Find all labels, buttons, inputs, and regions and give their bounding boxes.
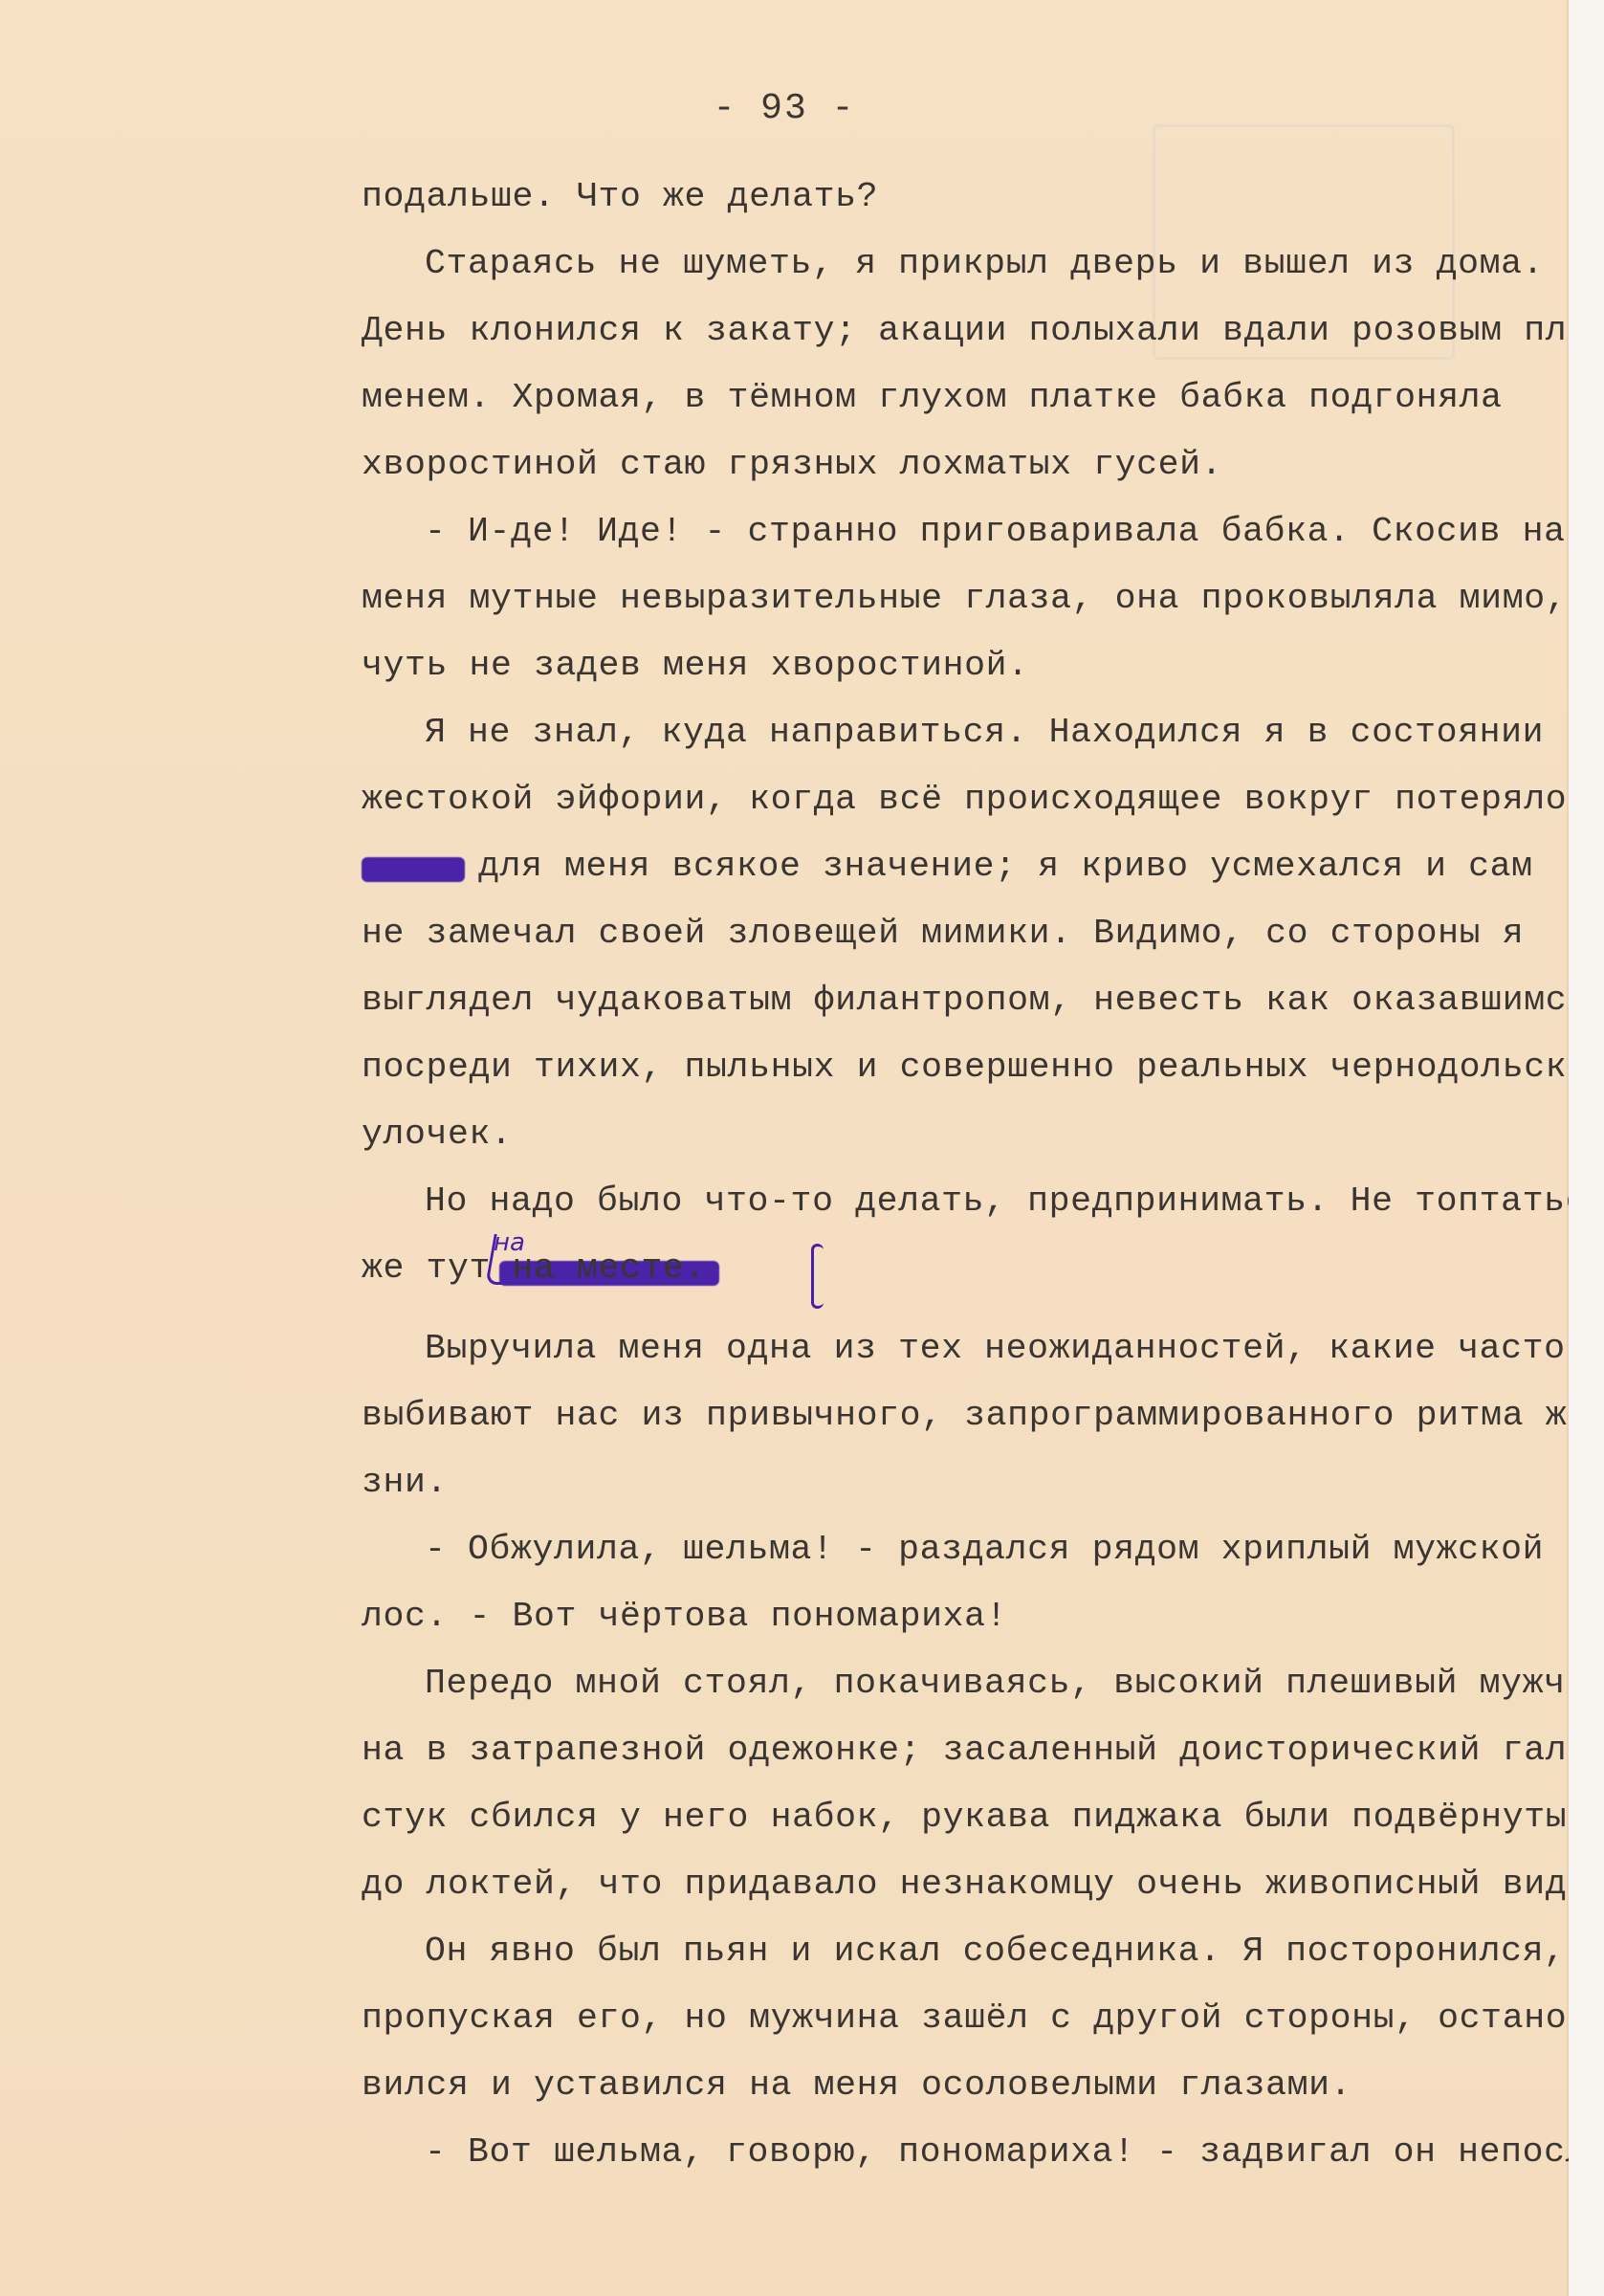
text-line: Но надо было что-то делать, предпринимат… — [425, 1181, 1604, 1223]
text-line: лос. - Вот чёртова пономариха! — [362, 1596, 1007, 1638]
text-line: День клонился к закату; акации полыхали … — [362, 310, 1604, 352]
text-line: Выручила меня одна из тех неожиданностей… — [425, 1328, 1566, 1370]
text-line: хворостиной стаю грязных лохматых гусей. — [362, 444, 1222, 486]
text-line: не замечал своей зловещей мимики. Видимо… — [362, 913, 1524, 955]
text-line: для меня всякое значение; я криво усмеха… — [478, 846, 1533, 888]
text-line: Стараясь не шуметь, я прикрыл дверь и вы… — [425, 243, 1544, 285]
text-line: пропуская его, но мужчина зашёл с другой… — [362, 1998, 1589, 2040]
join-mark — [811, 1244, 824, 1309]
text-line: чуть не задев меня хворостиной. — [362, 645, 1029, 687]
text-line: Я не знал, куда направиться. Находился я… — [425, 712, 1544, 754]
text-line: - И-де! Иде! - странно приговаривала баб… — [425, 511, 1566, 553]
text-line: подальше. Что же делать? — [362, 176, 878, 218]
text-line: зни. — [362, 1462, 448, 1504]
text-line: выглядел чудаковатым филантропом, невест… — [362, 980, 1589, 1022]
text-line: - Вот шельма, говорю, пономариха! - задв… — [425, 2131, 1604, 2174]
text-line: до локтей, что придавало незнакомцу очен… — [362, 1864, 1589, 1906]
manuscript-page: - 93 - подальше. Что же делать? Стараясь… — [0, 0, 1569, 2296]
text-line: посреди тихих, пыльных и совершенно реал… — [362, 1047, 1604, 1089]
text-line: же тут на месте. — [362, 1247, 706, 1290]
text-line: жестокой эйфории, когда всё происходящее… — [362, 779, 1567, 821]
text-line: менем. Хромая, в тёмном глухом платке ба… — [362, 377, 1503, 419]
text-line: улочек. — [362, 1114, 513, 1156]
text-line: Передо мной стоял, покачиваясь, высокий … — [425, 1663, 1604, 1705]
text-line: Он явно был пьян и искал собеседника. Я … — [425, 1931, 1566, 1973]
text-line: вился и уставился на меня осоловелыми гл… — [362, 2064, 1351, 2107]
text-line: меня мутные невыразительные глаза, она п… — [362, 578, 1567, 620]
text-line: стук сбился у него набок, рукава пиджака… — [362, 1797, 1567, 1839]
page-number: - 93 - — [0, 88, 1569, 129]
scan-margin — [1569, 0, 1604, 2296]
text-line: - Обжулила, шельма! - раздался рядом хри… — [425, 1529, 1604, 1571]
text-line: выбивают нас из привычного, запрограммир… — [362, 1395, 1604, 1437]
crossed-out-word — [362, 857, 465, 882]
text-line: на в затрапезной одежонке; засаленный до… — [362, 1730, 1589, 1772]
